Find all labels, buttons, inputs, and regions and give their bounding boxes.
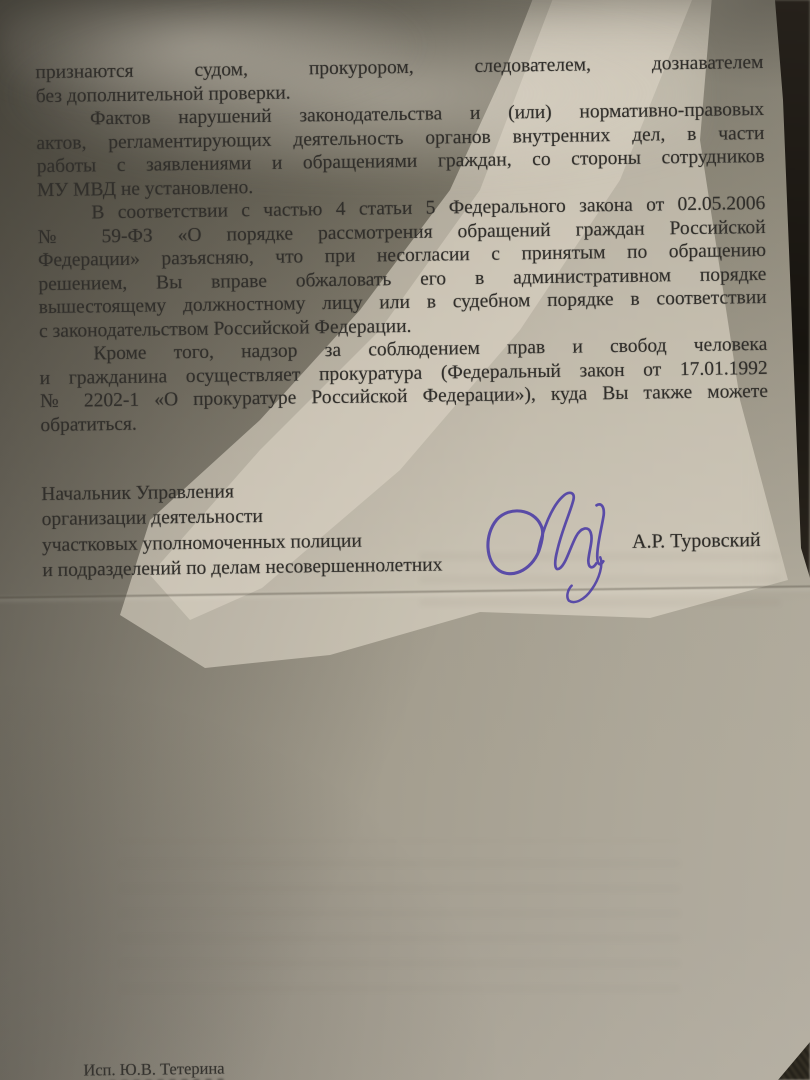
photographed-document: признаются судом, прокурором, следовател…	[0, 0, 810, 1080]
signatory-name: А.Р. Туровский	[632, 529, 761, 554]
document-content: признаются судом, прокурором, следовател…	[0, 0, 810, 1080]
signature-title-block: Начальник Управленияорганизации деятельн…	[41, 475, 562, 583]
paper-crease-line	[0, 585, 810, 599]
body-text: признаются судом, прокурором, следовател…	[35, 51, 768, 437]
executor-note: Исп. Ю.В. Тетерина	[83, 1059, 224, 1080]
